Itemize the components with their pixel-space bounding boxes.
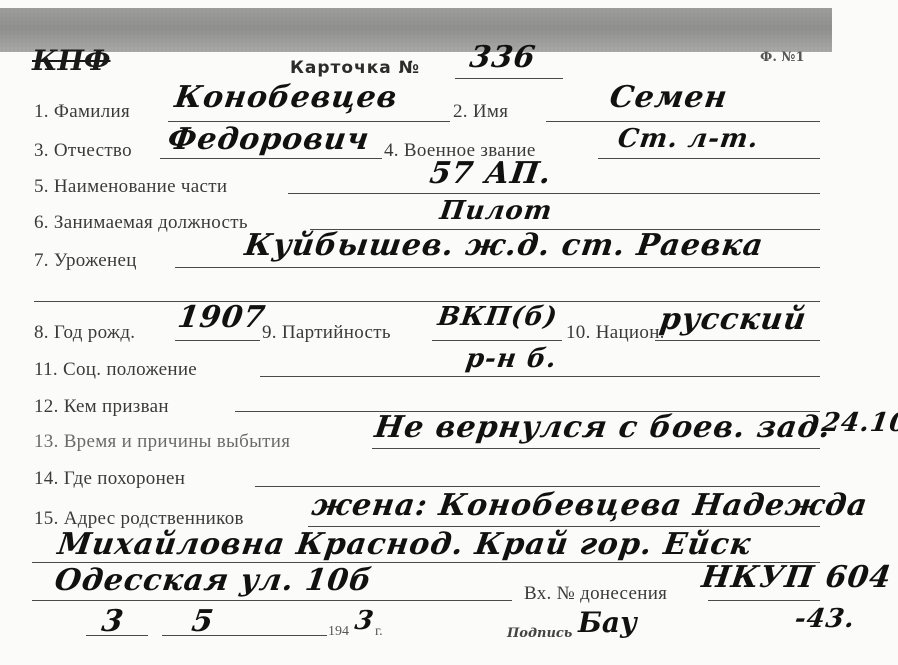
- label-patronymic: 3. Отчество: [34, 140, 132, 162]
- label-report-number: Вх. № донесения: [524, 583, 667, 605]
- header-band: [0, 8, 832, 52]
- date-year-suffix: 3: [353, 606, 376, 636]
- label-social-status: 11. Соц. положение: [34, 359, 197, 381]
- value-relatives-line3: Одесская ул. 10б: [53, 563, 375, 598]
- label-unit: 5. Наименование части: [34, 176, 227, 198]
- value-name: Семен: [608, 80, 730, 115]
- value-loss-date: 24.10.42: [820, 408, 898, 438]
- label-nationality: 10. Национ.: [566, 322, 665, 344]
- date-year-prefix: 194: [328, 624, 349, 640]
- label-position: 6. Занимаемая должность: [34, 212, 248, 234]
- date-day: 3: [100, 604, 127, 639]
- value-relatives-line1: жена: Конобевцева Надежда: [310, 488, 871, 523]
- value-birthplace: Куйбышев. ж.д. ст. Раевка: [243, 228, 766, 263]
- date-month: 5: [190, 604, 217, 639]
- card-number: 336: [468, 40, 539, 75]
- value-patronymic: Федорович: [166, 122, 372, 157]
- label-signature: Подпись: [507, 626, 572, 641]
- label-burial-place: 14. Где похоронен: [34, 468, 185, 490]
- value-position: Пилот: [438, 196, 555, 226]
- label-birthplace: 7. Уроженец: [34, 250, 137, 272]
- value-birth-year: 1907: [176, 300, 268, 335]
- label-party: 9. Партийность: [262, 322, 391, 344]
- value-unit: 57 АП.: [428, 156, 554, 191]
- label-drafted-by: 12. Кем призван: [34, 396, 169, 418]
- form-number: Ф. №1: [760, 50, 805, 65]
- value-surname: Конобевцев: [173, 80, 400, 115]
- corner-mark: КПФ: [32, 44, 111, 77]
- signature-trailing: -43.: [793, 604, 857, 634]
- value-report-number: НКУП 604 с: [700, 560, 898, 595]
- label-name: 2. Имя: [453, 101, 508, 123]
- value-rank: Ст. л-т.: [616, 124, 761, 154]
- value-nationality: русский: [658, 302, 809, 337]
- label-surname: 1. Фамилия: [34, 101, 130, 123]
- value-loss-reason: Не вернулся с боев. зад.: [373, 410, 834, 445]
- value-party-line2: р-н б.: [464, 344, 559, 374]
- card-title: Карточка №: [290, 58, 420, 78]
- value-relatives-line2: Михайловна Краснод. Край гор. Ейск: [56, 527, 754, 562]
- value-party: ВКП(б): [436, 302, 560, 332]
- signature-value: Бау: [578, 606, 637, 639]
- date-year-unit: г.: [375, 624, 383, 640]
- label-birth-year: 8. Год рожд.: [34, 322, 135, 344]
- label-loss-reason: 13. Время и причины выбытия: [34, 431, 290, 453]
